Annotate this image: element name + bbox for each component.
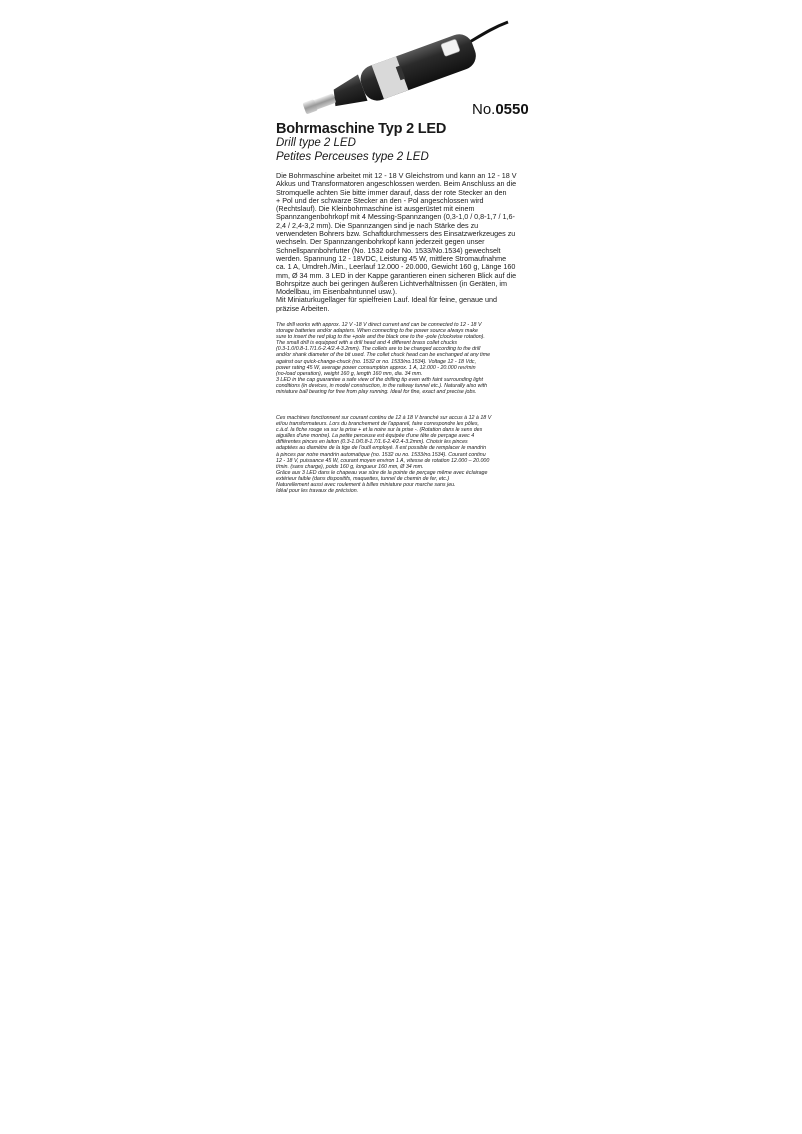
article-prefix: No. [472, 101, 495, 118]
description-en: The drill works with approx. 12 V -18 V … [276, 322, 530, 395]
catalog-page: No.0550 Bohrmaschine Typ 2 LED Drill typ… [0, 0, 802, 1134]
article-number: No.0550 [472, 101, 529, 118]
product-title-fr: Petites Perceuses type 2 LED [276, 151, 530, 165]
product-title-en: Drill type 2 LED [276, 137, 530, 151]
product-title-de: Bohrmaschine Typ 2 LED [276, 121, 530, 137]
article-number-value: 0550 [495, 101, 528, 118]
description-de: Die Bohrmaschine arbeitet mit 12 - 18 V … [276, 172, 530, 313]
description-fr: Ces machines fonctionnent sur courant co… [276, 415, 530, 494]
